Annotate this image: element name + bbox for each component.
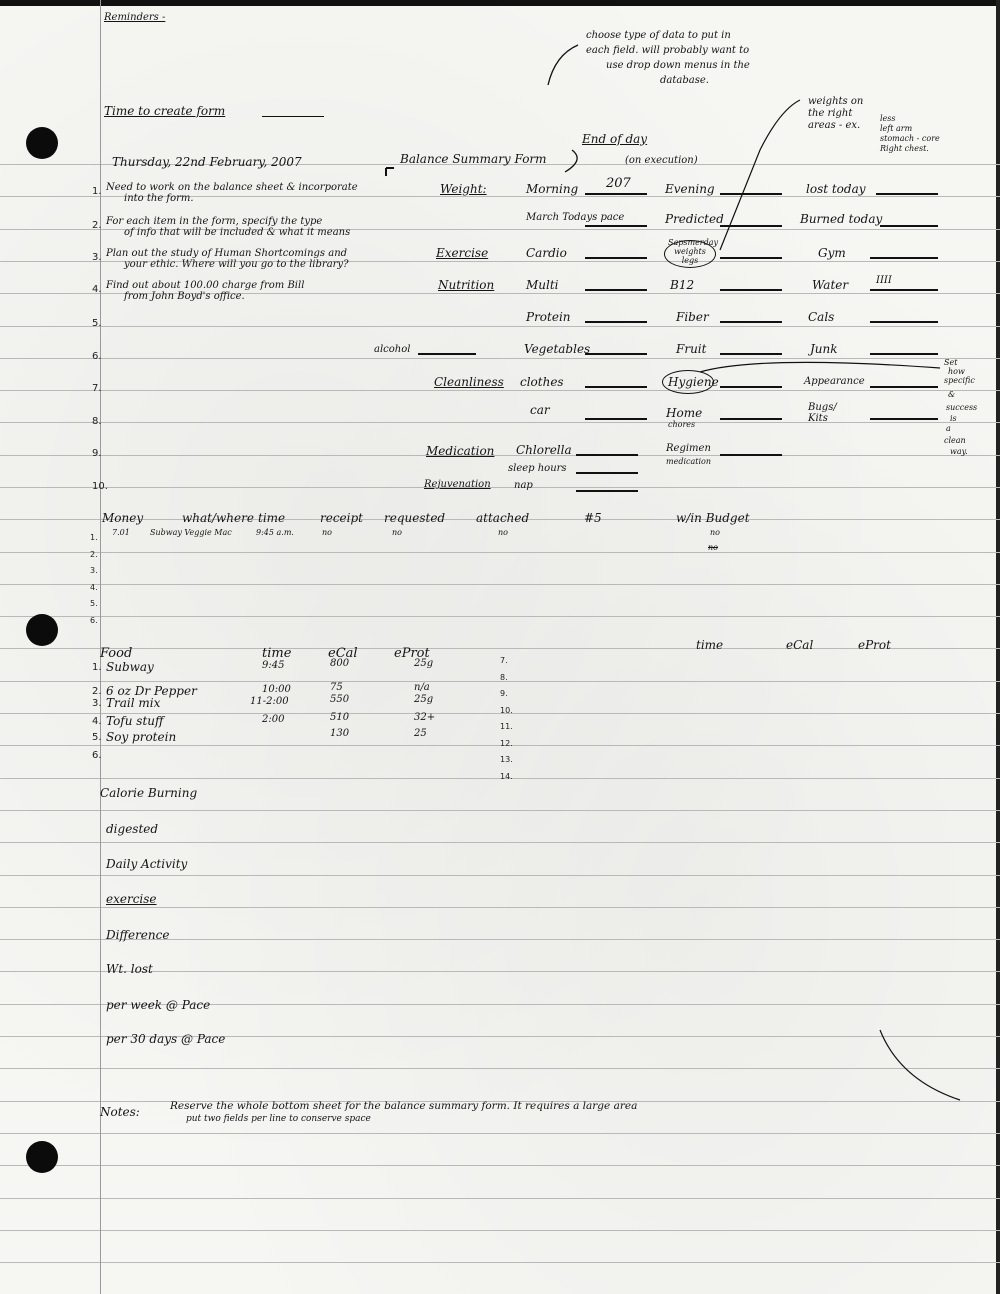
field-label-multi: Multi <box>526 278 559 292</box>
margin-note-word: Set <box>944 358 957 367</box>
money-line-number: 4. <box>90 583 98 592</box>
money-cell[interactable]: Subway Veggie Mac <box>150 528 232 537</box>
field-gym-line[interactable] <box>870 257 938 259</box>
field-label-cals: Cals <box>808 310 834 324</box>
ruled-line <box>0 648 1000 649</box>
food-prot[interactable]: 25 <box>414 728 427 739</box>
ruled-line <box>0 455 1000 456</box>
money-line-number: 2. <box>90 550 98 559</box>
field-label-morning: Morning <box>526 182 578 196</box>
section-nutrition: Nutrition <box>438 278 494 292</box>
food-item[interactable]: Tofu stuff <box>106 714 164 728</box>
food-header: time <box>262 646 291 661</box>
field-label-nap: nap <box>514 480 533 491</box>
binder-hole <box>26 614 58 646</box>
field-label-car: car <box>530 403 550 417</box>
food-time[interactable]: 10:00 <box>262 684 291 695</box>
calorie-row-label: exercise <box>106 892 157 906</box>
line-number: 5. <box>92 318 102 329</box>
ruled-line <box>0 358 1000 359</box>
food-row-number: 5. <box>92 732 102 743</box>
field-weights-line[interactable] <box>720 257 782 259</box>
notebook-page: Reminders - Time to create form choose t… <box>0 0 1000 1294</box>
money-header: what/where <box>182 511 254 525</box>
money-header: receipt <box>320 511 363 525</box>
calorie-row-label: Daily Activity <box>106 857 187 871</box>
scan-edge <box>0 0 1000 6</box>
margin-note-word: success <box>946 403 977 412</box>
section-rejuvenation: Rejuvenation <box>424 479 491 490</box>
binder-hole <box>26 1141 58 1173</box>
food-header: Food <box>100 646 132 661</box>
margin-note-word: & <box>948 390 955 399</box>
reminder-text: For each item in the form, specify the t… <box>106 216 322 227</box>
ruled-line <box>0 616 1000 617</box>
section-medication: Medication <box>426 444 494 458</box>
money-header: w/in Budget <box>676 511 750 525</box>
field-protein-line[interactable] <box>585 321 647 323</box>
section-weight: Weight: <box>440 182 487 196</box>
food-right-number: 12. <box>500 739 513 748</box>
food-right-header: eCal <box>786 638 813 652</box>
field-sublabel-medication: medication <box>666 457 711 466</box>
food-right-number: 9. <box>500 689 508 698</box>
field-label-water: Water <box>812 278 848 292</box>
food-cal[interactable]: 130 <box>330 728 349 739</box>
field-chlorella-line[interactable] <box>576 454 638 456</box>
food-row-number: 6. <box>92 750 102 761</box>
field-label-lost-today: lost today <box>806 182 866 196</box>
money-header: time <box>258 511 285 525</box>
margin-note-word: specific <box>944 376 975 385</box>
reminder-text-cont: your ethic. Where will you go to the lib… <box>124 259 348 270</box>
line-number: 6. <box>92 351 102 362</box>
field-fiber-line[interactable] <box>720 321 782 323</box>
notes-label: Notes: <box>100 1105 140 1119</box>
on-execution-note: (on execution) <box>625 155 698 166</box>
field-morning-line[interactable] <box>585 193 647 195</box>
calorie-row-label: Calorie Burning <box>100 786 197 800</box>
reminder-number: 4. <box>92 284 102 295</box>
ruled-line <box>0 810 1000 811</box>
money-cell[interactable]: no <box>710 528 720 537</box>
field-bugs-line[interactable] <box>870 418 938 420</box>
food-time[interactable]: 9:45 <box>262 660 284 671</box>
field-pace-line[interactable] <box>585 225 647 227</box>
field-label-bugs-kits: Bugs/ Kits <box>808 402 844 424</box>
reminder-text: Find out about 100.00 charge from Bill <box>106 280 304 291</box>
reminder-text: Plan out the study of Human Shortcomings… <box>106 248 347 259</box>
food-right-number: 11. <box>500 722 513 731</box>
money-header: attached <box>476 511 529 525</box>
food-item[interactable]: Subway <box>106 660 154 674</box>
margin-note-word: how <box>948 367 965 376</box>
field-sublabel-chores: chores <box>668 420 695 429</box>
field-label-clothes: clothes <box>520 375 564 389</box>
field-label-protein: Protein <box>526 310 571 324</box>
food-row-number: 4. <box>92 716 102 727</box>
field-vegetables-line[interactable] <box>585 353 647 355</box>
food-item[interactable]: Soy protein <box>106 730 176 744</box>
water-tally: IIII <box>876 275 892 286</box>
field-multi-line[interactable] <box>585 289 647 291</box>
food-right-header: eProt <box>858 638 891 652</box>
notes-line-2: put two fields per line to conserve spac… <box>186 1114 371 1124</box>
food-right-number: 14. <box>500 772 513 781</box>
food-item[interactable]: Trail mix <box>106 696 160 710</box>
field-label-b12: B12 <box>670 278 694 292</box>
ruled-line <box>0 1068 1000 1069</box>
reminder-text: Need to work on the balance sheet & inco… <box>106 182 358 193</box>
calorie-row-label: per week @ Pace <box>106 998 210 1012</box>
binder-hole <box>26 127 58 159</box>
margin-note-word: clean <box>944 436 966 445</box>
field-cals-line[interactable] <box>870 321 938 323</box>
money-cell[interactable]: no <box>498 528 508 537</box>
money-cell[interactable]: no <box>322 528 332 537</box>
end-of-day-heading: End of day <box>582 132 647 146</box>
calorie-row-label: Wt. lost <box>106 962 153 976</box>
reminder-number: 1. <box>92 186 102 197</box>
food-cal[interactable]: 75 <box>330 682 343 693</box>
field-hygiene-line[interactable] <box>720 386 782 388</box>
form-title: Balance Summary Form <box>400 152 547 166</box>
field-label-junk: Junk <box>810 342 838 356</box>
field-clothes-line[interactable] <box>585 386 647 388</box>
ruled-line <box>0 1165 1000 1166</box>
field-label-predicted: Predicted <box>665 212 724 226</box>
food-row-number: 2. <box>92 686 102 697</box>
ruled-line <box>0 1198 1000 1199</box>
money-struck-mark: no <box>708 543 718 552</box>
money-line-number: 5. <box>90 599 98 608</box>
line-number: 7. <box>92 383 102 394</box>
food-prot[interactable]: 25g <box>414 694 433 705</box>
reminder-number: 2. <box>92 220 102 231</box>
ruled-line <box>0 390 1000 391</box>
time-to-create-label: Time to create form <box>104 104 225 118</box>
money-cell[interactable]: no <box>392 528 402 537</box>
field-label-cardio: Cardio <box>526 246 567 260</box>
field-label-sleep: sleep hours <box>508 463 567 474</box>
field-label-pace: March Todays pace <box>526 212 624 223</box>
field-regimen-line[interactable] <box>720 454 782 456</box>
field-label-burned-today: Burned today <box>800 212 882 226</box>
calorie-row-label: digested <box>106 822 158 836</box>
reminder-text-cont: into the form. <box>124 193 194 204</box>
ruled-line <box>0 422 1000 423</box>
food-time[interactable]: 11-2:00 <box>250 696 289 707</box>
calorie-row-label: Difference <box>106 928 169 942</box>
field-label-fruit: Fruit <box>676 342 706 356</box>
food-cal[interactable]: 800 <box>330 658 349 669</box>
field-fruit-line[interactable] <box>720 353 782 355</box>
food-right-number: 7. <box>500 656 508 665</box>
ruled-line <box>0 487 1000 488</box>
ruled-line <box>0 842 1000 843</box>
notes-line-1: Reserve the whole bottom sheet for the b… <box>170 1100 637 1112</box>
field-lost-today-line[interactable] <box>876 193 938 195</box>
circle-mark <box>662 370 714 394</box>
money-line-number: 3. <box>90 566 98 575</box>
ruled-line <box>0 326 1000 327</box>
field-junk-line[interactable] <box>870 353 938 355</box>
line-number: 8. <box>92 416 102 427</box>
money-cell[interactable]: 7.01 <box>112 528 130 537</box>
field-home-line[interactable] <box>720 418 782 420</box>
food-prot[interactable]: n/a <box>414 682 430 693</box>
ruled-line <box>0 584 1000 585</box>
reminder-number: 3. <box>92 252 102 263</box>
food-right-header: time <box>696 638 723 652</box>
field-predicted-line[interactable] <box>720 225 782 227</box>
field-car-line[interactable] <box>585 418 647 420</box>
money-header: requested <box>384 511 445 525</box>
money-header: Money <box>102 511 143 525</box>
field-label-fiber: Fiber <box>676 310 709 324</box>
line-number: 9. <box>92 448 102 459</box>
field-b12-line[interactable] <box>720 289 782 291</box>
field-evening-line[interactable] <box>720 193 782 195</box>
field-water-line[interactable] <box>870 289 938 291</box>
field-nap-line[interactable] <box>576 490 638 492</box>
field-label-gym: Gym <box>818 246 846 260</box>
margin-note-word: is <box>950 414 957 423</box>
margin-note-word: way. <box>950 447 968 456</box>
blank-line <box>262 116 324 117</box>
field-label-home: Home <box>666 406 702 420</box>
money-line-number: 6. <box>90 616 98 625</box>
field-label-appearance: Appearance <box>804 376 865 387</box>
date-line: Thursday, 22nd February, 2007 <box>112 155 302 169</box>
field-sleep-line[interactable] <box>576 472 638 474</box>
section-exercise: Exercise <box>436 246 488 260</box>
money-line-number: 1. <box>90 533 98 542</box>
field-appearance-line[interactable] <box>870 386 938 388</box>
field-label-vegetables: Vegetables <box>524 342 590 356</box>
food-right-number: 13. <box>500 755 513 764</box>
food-time[interactable]: 2:00 <box>262 714 284 725</box>
calorie-row-label: per 30 days @ Pace <box>106 1032 225 1046</box>
field-cardio-line[interactable] <box>585 257 647 259</box>
scan-edge-right <box>996 0 1000 1294</box>
ruled-line <box>0 875 1000 876</box>
food-right-number: 8. <box>500 673 508 682</box>
ruled-line <box>0 907 1000 908</box>
food-right-number: 10. <box>500 706 513 715</box>
food-cal[interactable]: 510 <box>330 712 349 723</box>
line-number: 10. <box>92 481 108 492</box>
field-label-chlorella: Chlorella <box>516 443 572 457</box>
field-label-evening: Evening <box>665 182 715 196</box>
field-label-alcohol: alcohol <box>374 344 410 355</box>
ruled-line <box>0 552 1000 553</box>
food-cal[interactable]: 550 <box>330 694 349 705</box>
field-value-morning[interactable]: 207 <box>606 176 631 191</box>
ruled-line <box>0 1230 1000 1231</box>
food-prot[interactable]: 32+ <box>414 712 435 723</box>
food-prot[interactable]: 25g <box>414 658 433 669</box>
food-row-number: 1. <box>92 662 102 673</box>
section-cleanliness: Cleanliness <box>434 375 504 389</box>
field-alcohol-line[interactable] <box>418 353 476 355</box>
circle-mark <box>664 240 716 268</box>
page-heading: Reminders - <box>104 12 165 23</box>
reminder-text-cont: of info that will be included & what it … <box>124 227 350 238</box>
field-label-regimen: Regimen <box>666 443 711 454</box>
money-cell[interactable]: 9:45 a.m. <box>256 528 294 537</box>
food-row-number: 3. <box>92 698 102 709</box>
field-burned-line[interactable] <box>880 225 938 227</box>
ruled-line <box>0 1133 1000 1134</box>
money-header: #5 <box>584 511 602 525</box>
reminder-text-cont: from John Boyd's office. <box>124 291 245 302</box>
margin-note-word: a <box>946 424 951 433</box>
ruled-line <box>0 1262 1000 1263</box>
